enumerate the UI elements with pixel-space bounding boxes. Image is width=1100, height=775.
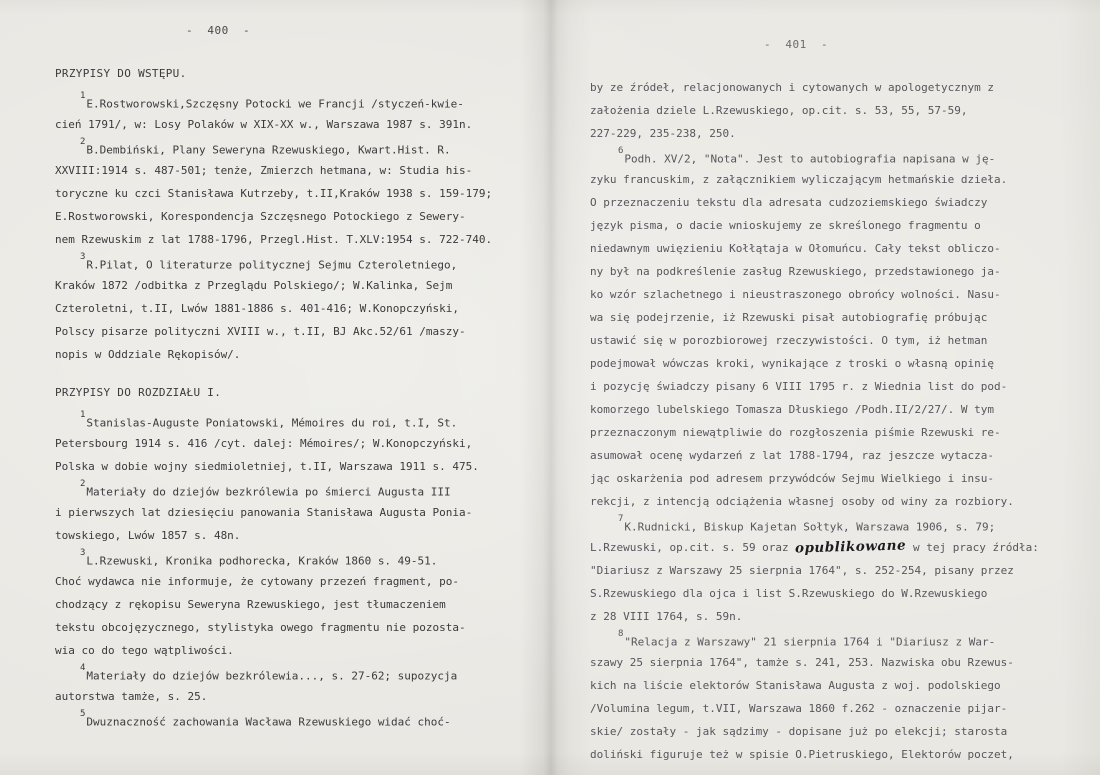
typescript-line: S.Rzewuskiego dla ojca i list S.Rzewuski… xyxy=(590,582,1055,605)
left-page-text: PRZYPISY DO WSTĘPU.1E.Rostworowski,Szczę… xyxy=(55,62,515,731)
typescript-line: L.Rzewuski, op.cit. s. 59 oraz opublikow… xyxy=(590,536,1055,559)
footnote-marker: 1 xyxy=(80,85,85,108)
typescript-line: założenia dziele L.Rzewuskiego, op.cit. … xyxy=(590,99,1055,122)
line-fragment: L.Rzewuski, op.cit. s. 59 oraz xyxy=(590,541,795,554)
right-page-number: - 401 - xyxy=(764,38,828,51)
footnote-marker: 7 xyxy=(618,508,623,531)
typescript-line: "Diariusz z Warszawy 25 sierpnia 1764", … xyxy=(590,559,1055,582)
typescript-line: XXVIII:1914 s. 487-501; tenże, Zmierzch … xyxy=(55,159,515,182)
typescript-line: 7K.Rudnicki, Biskup Kajetan Sołtyk, Wars… xyxy=(590,513,1055,536)
left-page-number: - 400 - xyxy=(186,24,250,37)
typescript-line: 2B.Dembiński, Plany Seweryna Rzewuskiego… xyxy=(55,136,515,159)
typescript-line: 1Stanislas-Auguste Poniatowski, Mémoires… xyxy=(55,409,515,432)
typescript-line: E.Rostworowski, Korespondencja Szczęsneg… xyxy=(55,205,515,228)
typescript-line: asumował ocenę wydarzeń z lat 1788-1794,… xyxy=(590,444,1055,467)
typescript-line: 2Materiały do dziejów bezkrólewia po śmi… xyxy=(55,478,515,501)
typescript-line: przeznaczonym niewątpliwie do rozgłoszen… xyxy=(590,421,1055,444)
typescript-line: Polscy pisarze polityczni XVIII w., t.II… xyxy=(55,320,515,343)
line-fragment: w tej pracy źródła: xyxy=(906,541,1038,554)
footnote-marker: 5 xyxy=(80,703,85,726)
typescript-line: /Volumina legum, t.VII, Warszawa 1860 f.… xyxy=(590,697,1055,720)
typescript-line: 227-229, 235-238, 250. xyxy=(590,122,1055,145)
footnote-marker: 8 xyxy=(618,623,623,646)
right-page-text: by ze źródeł, relacjonowanych i cytowany… xyxy=(590,76,1055,766)
typescript-line: 3L.Rzewuski, Kronika podhorecka, Kraków … xyxy=(55,547,515,570)
typescript-line: Kraków 1872 /odbitka z Przeglądu Polskie… xyxy=(55,274,515,297)
typescript-line: podejmował wówczas kroki, wynikające z t… xyxy=(590,352,1055,375)
typescript-line: nem Rzewuskim z lat 1788-1796, Przegl.Hi… xyxy=(55,228,515,251)
typescript-line: O przeznaczeniu tekstu dla adresata cudz… xyxy=(590,191,1055,214)
typescript-line: cień 1791/, w: Losy Polaków w XIX-XX w.,… xyxy=(55,113,515,136)
typescript-line: Choć wydawca nie informuje, że cytowany … xyxy=(55,570,515,593)
typescript-line: doliński figuruje też w spisie O.Pietrus… xyxy=(590,743,1055,766)
typescript-line: autorstwa tamże, s. 25. xyxy=(55,685,515,708)
typescript-line: Polska w dobie wojny siedmioletniej, t.I… xyxy=(55,455,515,478)
typescript-line: towskiego, Lwów 1857 s. 48n. xyxy=(55,524,515,547)
typescript-line: ny był na podkreślenie zasług Rzewuskieg… xyxy=(590,260,1055,283)
typescript-line: ko wzór szlachetnego i nieustraszonego o… xyxy=(590,283,1055,306)
typescript-line: wa się podejrzenie, iż Rzewuski pisał au… xyxy=(590,306,1055,329)
typescript-line: toryczne ku czci Stanisława Kutrzeby, t.… xyxy=(55,182,515,205)
typescript-line: 1E.Rostworowski,Szczęsny Potocki we Fran… xyxy=(55,90,515,113)
typescript-line: 8"Relacja z Warszawy" 21 sierpnia 1764 i… xyxy=(590,628,1055,651)
typescript-line: szawy 25 sierpnia 1764", tamże s. 241, 2… xyxy=(590,651,1055,674)
typescript-line: język pisma, o dacie wnioskujemy ze skre… xyxy=(590,214,1055,237)
typescript-line: by ze źródeł, relacjonowanych i cytowany… xyxy=(590,76,1055,99)
footnote-marker: 2 xyxy=(80,473,85,496)
typescript-line: chodzący z rękopisu Seweryna Rzewuskiego… xyxy=(55,593,515,616)
handwritten-insertion: opublikowane xyxy=(795,540,906,556)
typescript-line: 5Dwuznaczność zachowania Wacława Rzewusk… xyxy=(55,708,515,731)
footnote-marker: 4 xyxy=(80,657,85,680)
footnote-marker: 6 xyxy=(618,140,623,163)
typescript-line: i pierwszych lat dziesięciu panowania St… xyxy=(55,501,515,524)
typescript-line: 6Podh. XV/2, "Nota". Jest to autobiograf… xyxy=(590,145,1055,168)
typescript-line: Czteroletni, t.II, Lwów 1881-1886 s. 401… xyxy=(55,297,515,320)
typescript-line: niedawnym uwięzieniu Kołłątaja w Ołomuńc… xyxy=(590,237,1055,260)
typescript-line: tekstu obcojęzycznego, stylistyka owego … xyxy=(55,616,515,639)
typescript-line: nopis w Oddziale Rękopisów/. xyxy=(55,343,515,366)
footnote-marker: 3 xyxy=(80,542,85,565)
footnote-marker: 2 xyxy=(80,131,85,154)
typescript-line: z 28 VIII 1764, s. 59n. xyxy=(590,605,1055,628)
book-scan: - 400 - - 401 - PRZYPISY DO WSTĘPU.1E.Ro… xyxy=(0,0,1100,775)
typescript-line: kich na liście elektorów Stanisława Augu… xyxy=(590,674,1055,697)
typescript-line: Petersbourg 1914 s. 416 /cyt. dalej: Mém… xyxy=(55,432,515,455)
typescript-line: wia co do tego wątpliwości. xyxy=(55,639,515,662)
typescript-line: zyku francuskim, z załącznikiem wyliczaj… xyxy=(590,168,1055,191)
typescript-line: 4Materiały do dziejów bezkrólewia..., s.… xyxy=(55,662,515,685)
footnote-marker: 1 xyxy=(80,404,85,427)
typescript-line: jąc oskarżenia pod adresem przywódców Se… xyxy=(590,467,1055,490)
typescript-line: rekcji, z intencją odciążenia własnej os… xyxy=(590,490,1055,513)
typescript-line: komorzego lubelskiego Tomasza Dłuskiego … xyxy=(590,398,1055,421)
section-heading: PRZYPISY DO ROZDZIAŁU I. xyxy=(55,381,515,404)
typescript-line: i pozycję świadczy pisany 6 VIII 1795 r.… xyxy=(590,375,1055,398)
footnote-marker: 3 xyxy=(80,246,85,269)
typescript-line: skie/ zostały - jak sądzimy - dopisane j… xyxy=(590,720,1055,743)
section-heading: PRZYPISY DO WSTĘPU. xyxy=(55,62,515,85)
typescript-line: ustawić się w porozbiorowej rzeczywistoś… xyxy=(590,329,1055,352)
typescript-line: 3R.Pilat, O literaturze politycznej Sejm… xyxy=(55,251,515,274)
